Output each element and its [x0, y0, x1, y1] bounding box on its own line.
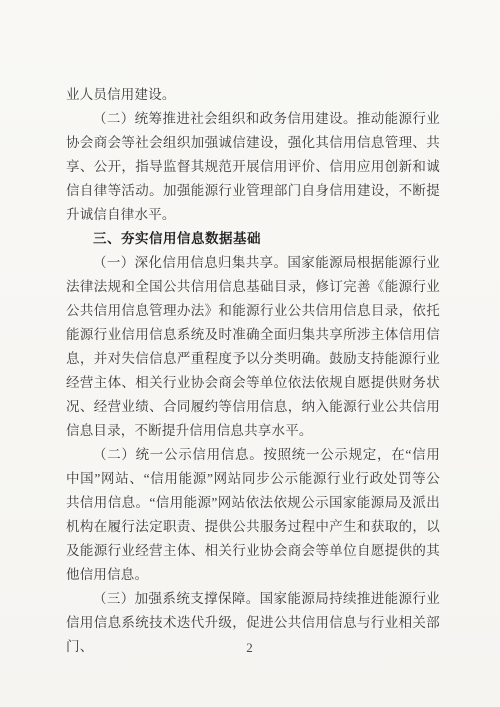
paragraph-lead: （一）深化信用信息归集共享。: [93, 255, 287, 270]
page-number: 2: [0, 640, 500, 656]
paragraph-credit-info-collection: （一）深化信用信息归集共享。国家能源局根据能源行业法律法规和全国公共信用信息基础…: [66, 251, 440, 443]
paragraph-lead: （二）统一公示信用信息。: [93, 447, 263, 462]
document-page: 业人员信用建设。 （二）统筹推进社会组织和政务信用建设。推动能源行业协会商会等社…: [0, 0, 500, 707]
paragraph-text: 推动能源行业协会商会等社会组织加强诚信建设，强化其信用信息管理、共享、公开，指导…: [66, 111, 440, 222]
document-body: 业人员信用建设。 （二）统筹推进社会组织和政务信用建设。推动能源行业协会商会等社…: [66, 83, 440, 659]
paragraph-lead: （二）统筹推进社会组织和政务信用建设。: [93, 111, 357, 126]
paragraph-text: 国家能源局根据能源行业法律法规和全国公共信用信息基础目录，修订完善《能源行业公共…: [66, 255, 440, 438]
paragraph-unified-publicity: （二）统一公示信用信息。按照统一公示规定，在“信用中国”网站、“信用能源”网站同…: [66, 443, 440, 587]
paragraph-lead: （三）加强系统支撑保障。: [93, 591, 260, 606]
paragraph-social-government-credit: （二）统筹推进社会组织和政务信用建设。推动能源行业协会商会等社会组织加强诚信建设…: [66, 107, 440, 227]
paragraph-text: 按照统一公示规定，在“信用中国”网站、“信用能源”网站同步公示能源行业行政处罚等…: [66, 447, 440, 582]
section-heading-credit-data-foundation: 三、夯实信用信息数据基础: [66, 227, 440, 251]
paragraph-text: 业人员信用建设。: [66, 87, 176, 102]
paragraph-continuation: 业人员信用建设。: [66, 83, 440, 107]
